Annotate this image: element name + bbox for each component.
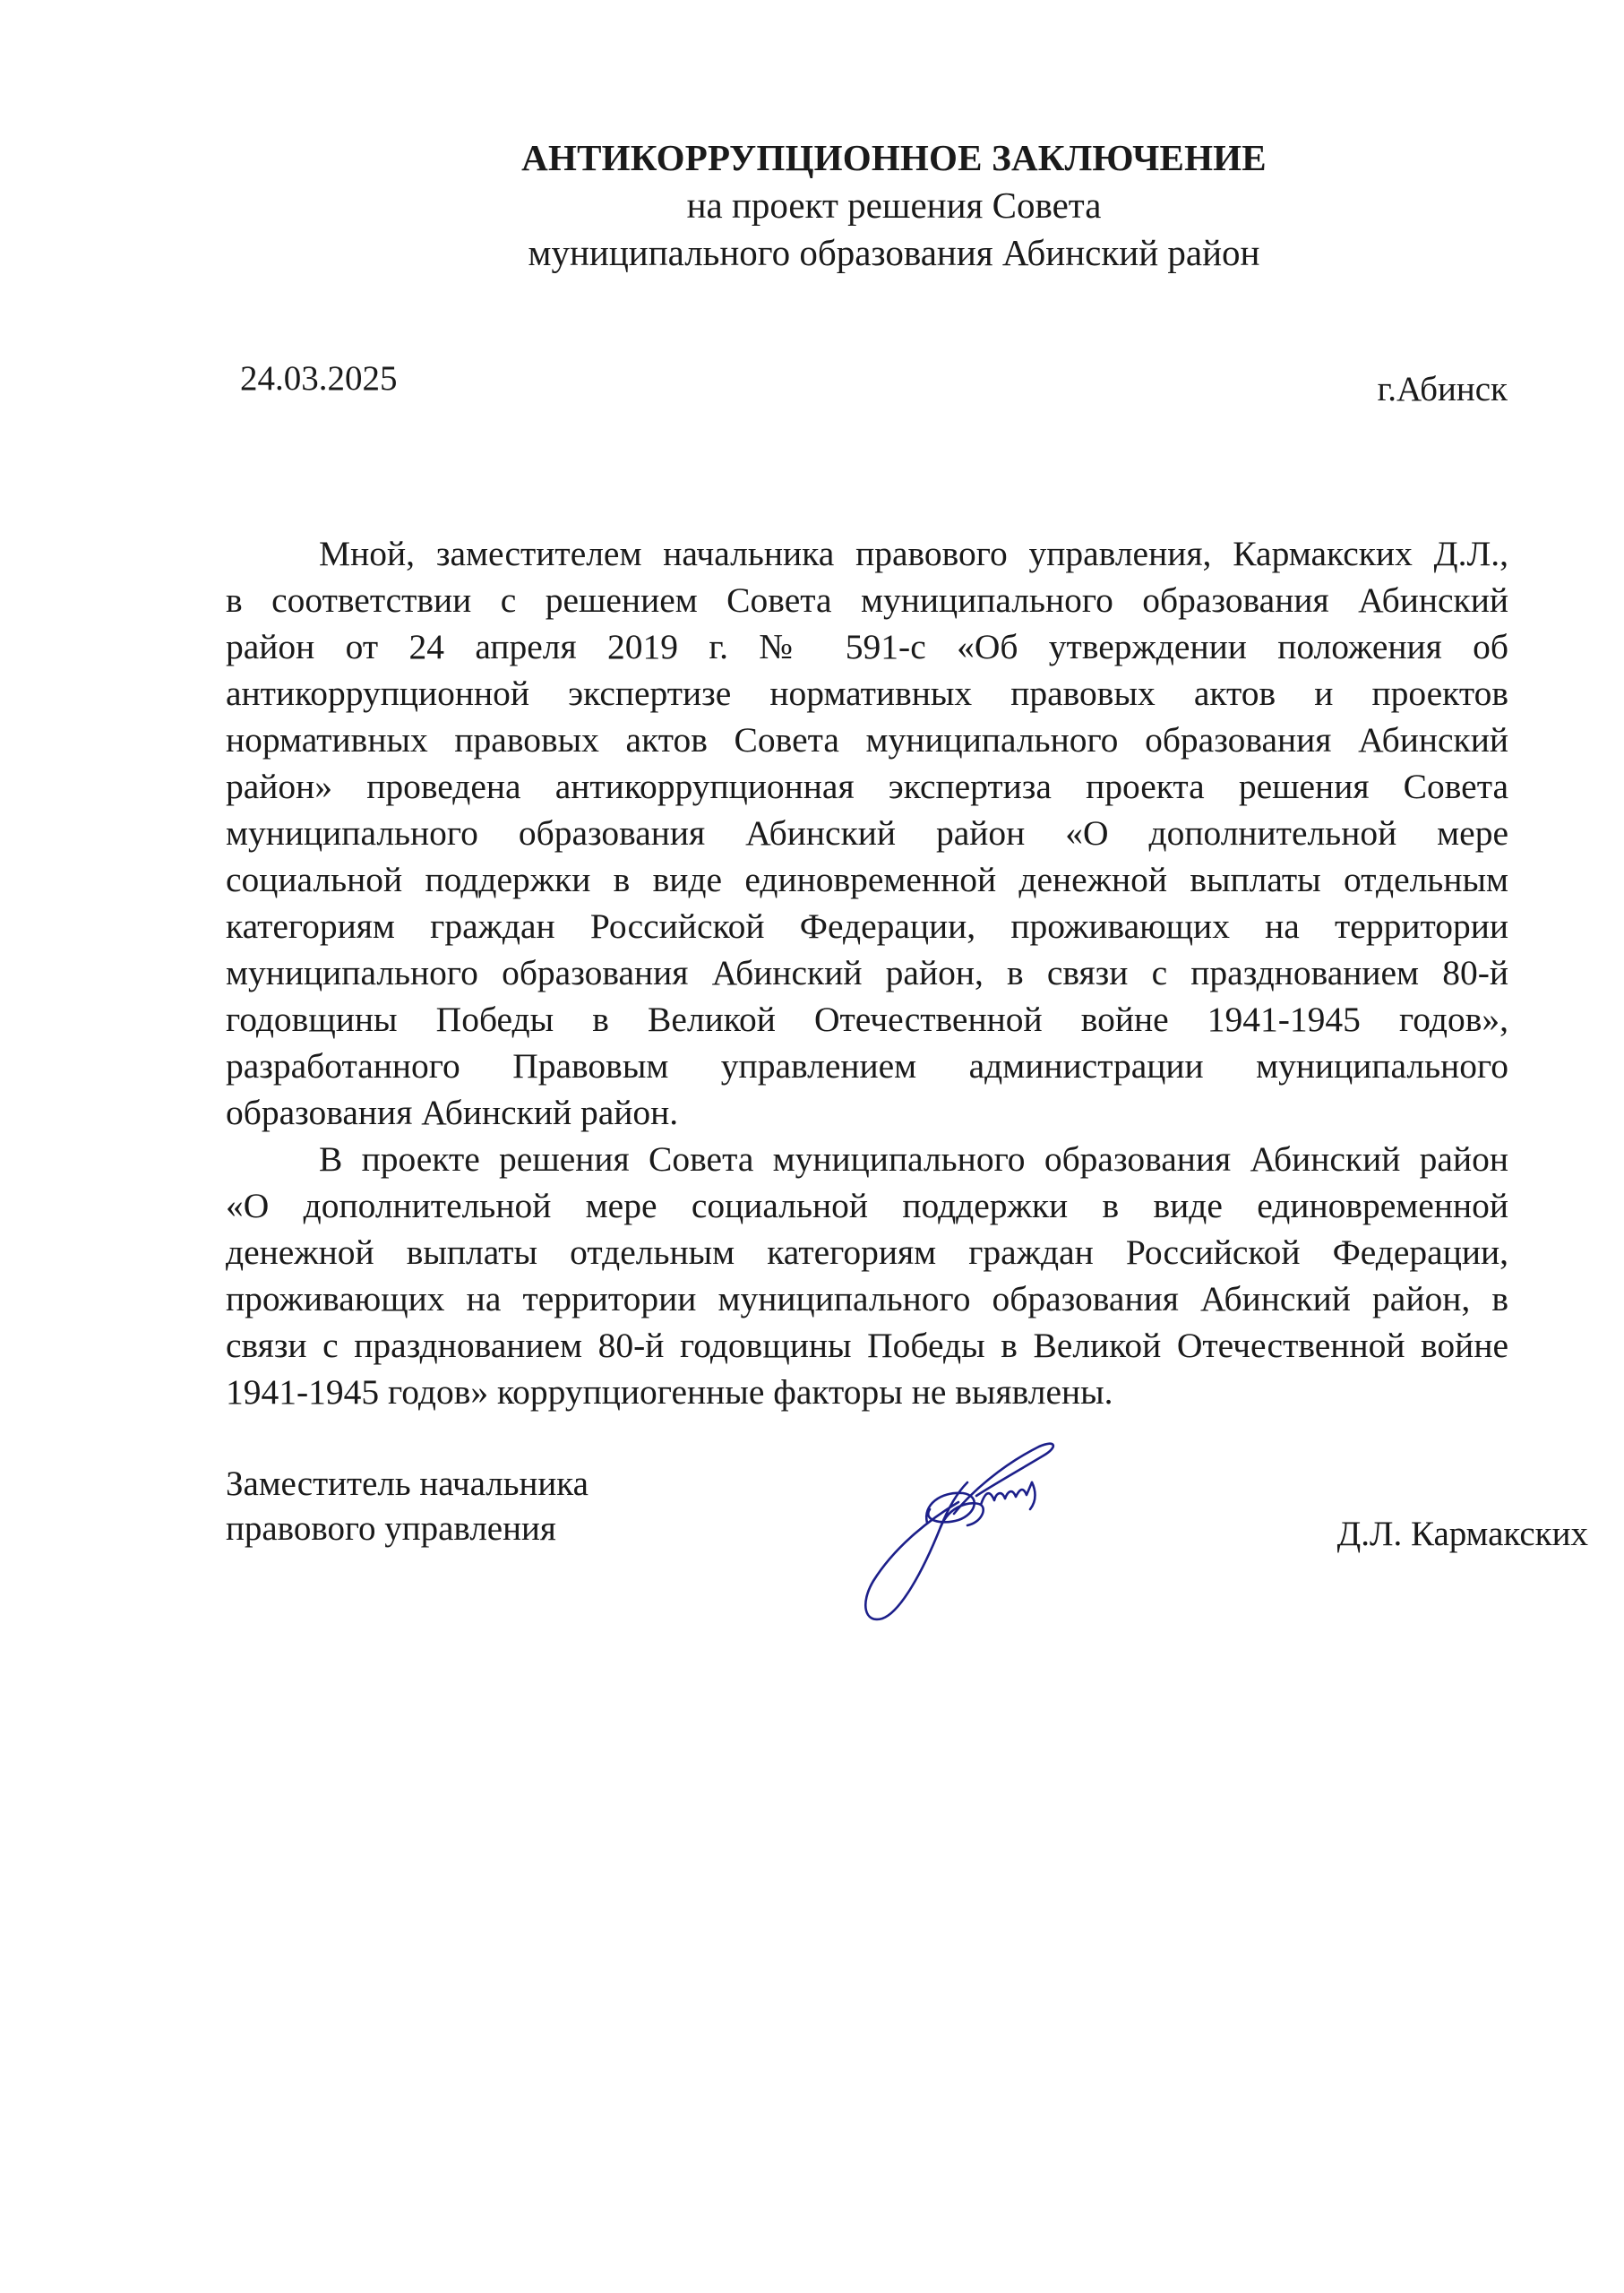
text-line: нормативных правовых актов Совета муници… <box>226 717 1508 763</box>
document-title: АНТИКОРРУПЦИОННОЕ ЗАКЛЮЧЕНИЕ <box>495 134 1293 181</box>
text-line: В проекте решения Совета муниципального … <box>319 1136 1508 1182</box>
document-city: г.Абинск <box>1378 367 1508 412</box>
text-line: 1941-1945 годов» коррупциогенные факторы… <box>226 1369 1508 1415</box>
text-line: муниципального образования Абинский райо… <box>226 949 1508 996</box>
text-line: район» проведена антикоррупционная экспе… <box>226 763 1508 810</box>
text-line: район от 24 апреля 2019 г. № 591-с «Об у… <box>226 623 1508 670</box>
document-page: АНТИКОРРУПЦИОННОЕ ЗАКЛЮЧЕНИЕ на проект р… <box>0 0 1624 2293</box>
text-line: в соответствии с решением Совета муницип… <box>226 577 1508 623</box>
text-line: связи с празднованием 80-й годовщины Поб… <box>226 1322 1508 1369</box>
signer-name: Д.Л. Кармакских <box>1337 1512 1588 1557</box>
document-date: 24.03.2025 <box>240 356 398 401</box>
text-line: Мной, заместителем начальника правового … <box>319 530 1508 577</box>
text-line: социальной поддержки в виде единовременн… <box>226 856 1508 903</box>
text-line: категориям граждан Российской Федерации,… <box>226 903 1508 949</box>
signer-position: Заместитель начальника правового управле… <box>226 1462 589 1551</box>
signer-position-line-2: правового управления <box>226 1507 589 1551</box>
text-line: образования Абинский район. <box>226 1089 1508 1136</box>
text-line: муниципального образования Абинский райо… <box>226 810 1508 856</box>
document-subtitle-line-2: муниципального образования Абинский райо… <box>495 229 1293 276</box>
text-line: антикоррупционной экспертизе нормативных… <box>226 670 1508 717</box>
signer-position-line-1: Заместитель начальника <box>226 1462 589 1507</box>
text-line: проживающих на территории муниципального… <box>226 1275 1508 1322</box>
text-line: «О дополнительной мере социальной поддер… <box>226 1182 1508 1229</box>
signature-icon <box>824 1420 1093 1626</box>
document-subtitle-line-1: на проект решения Совета <box>495 182 1293 228</box>
text-line: разработанного Правовым управлением адми… <box>226 1043 1508 1089</box>
text-line: денежной выплаты отдельным категориям гр… <box>226 1229 1508 1275</box>
text-line: годовщины Победы в Великой Отечественной… <box>226 996 1508 1043</box>
